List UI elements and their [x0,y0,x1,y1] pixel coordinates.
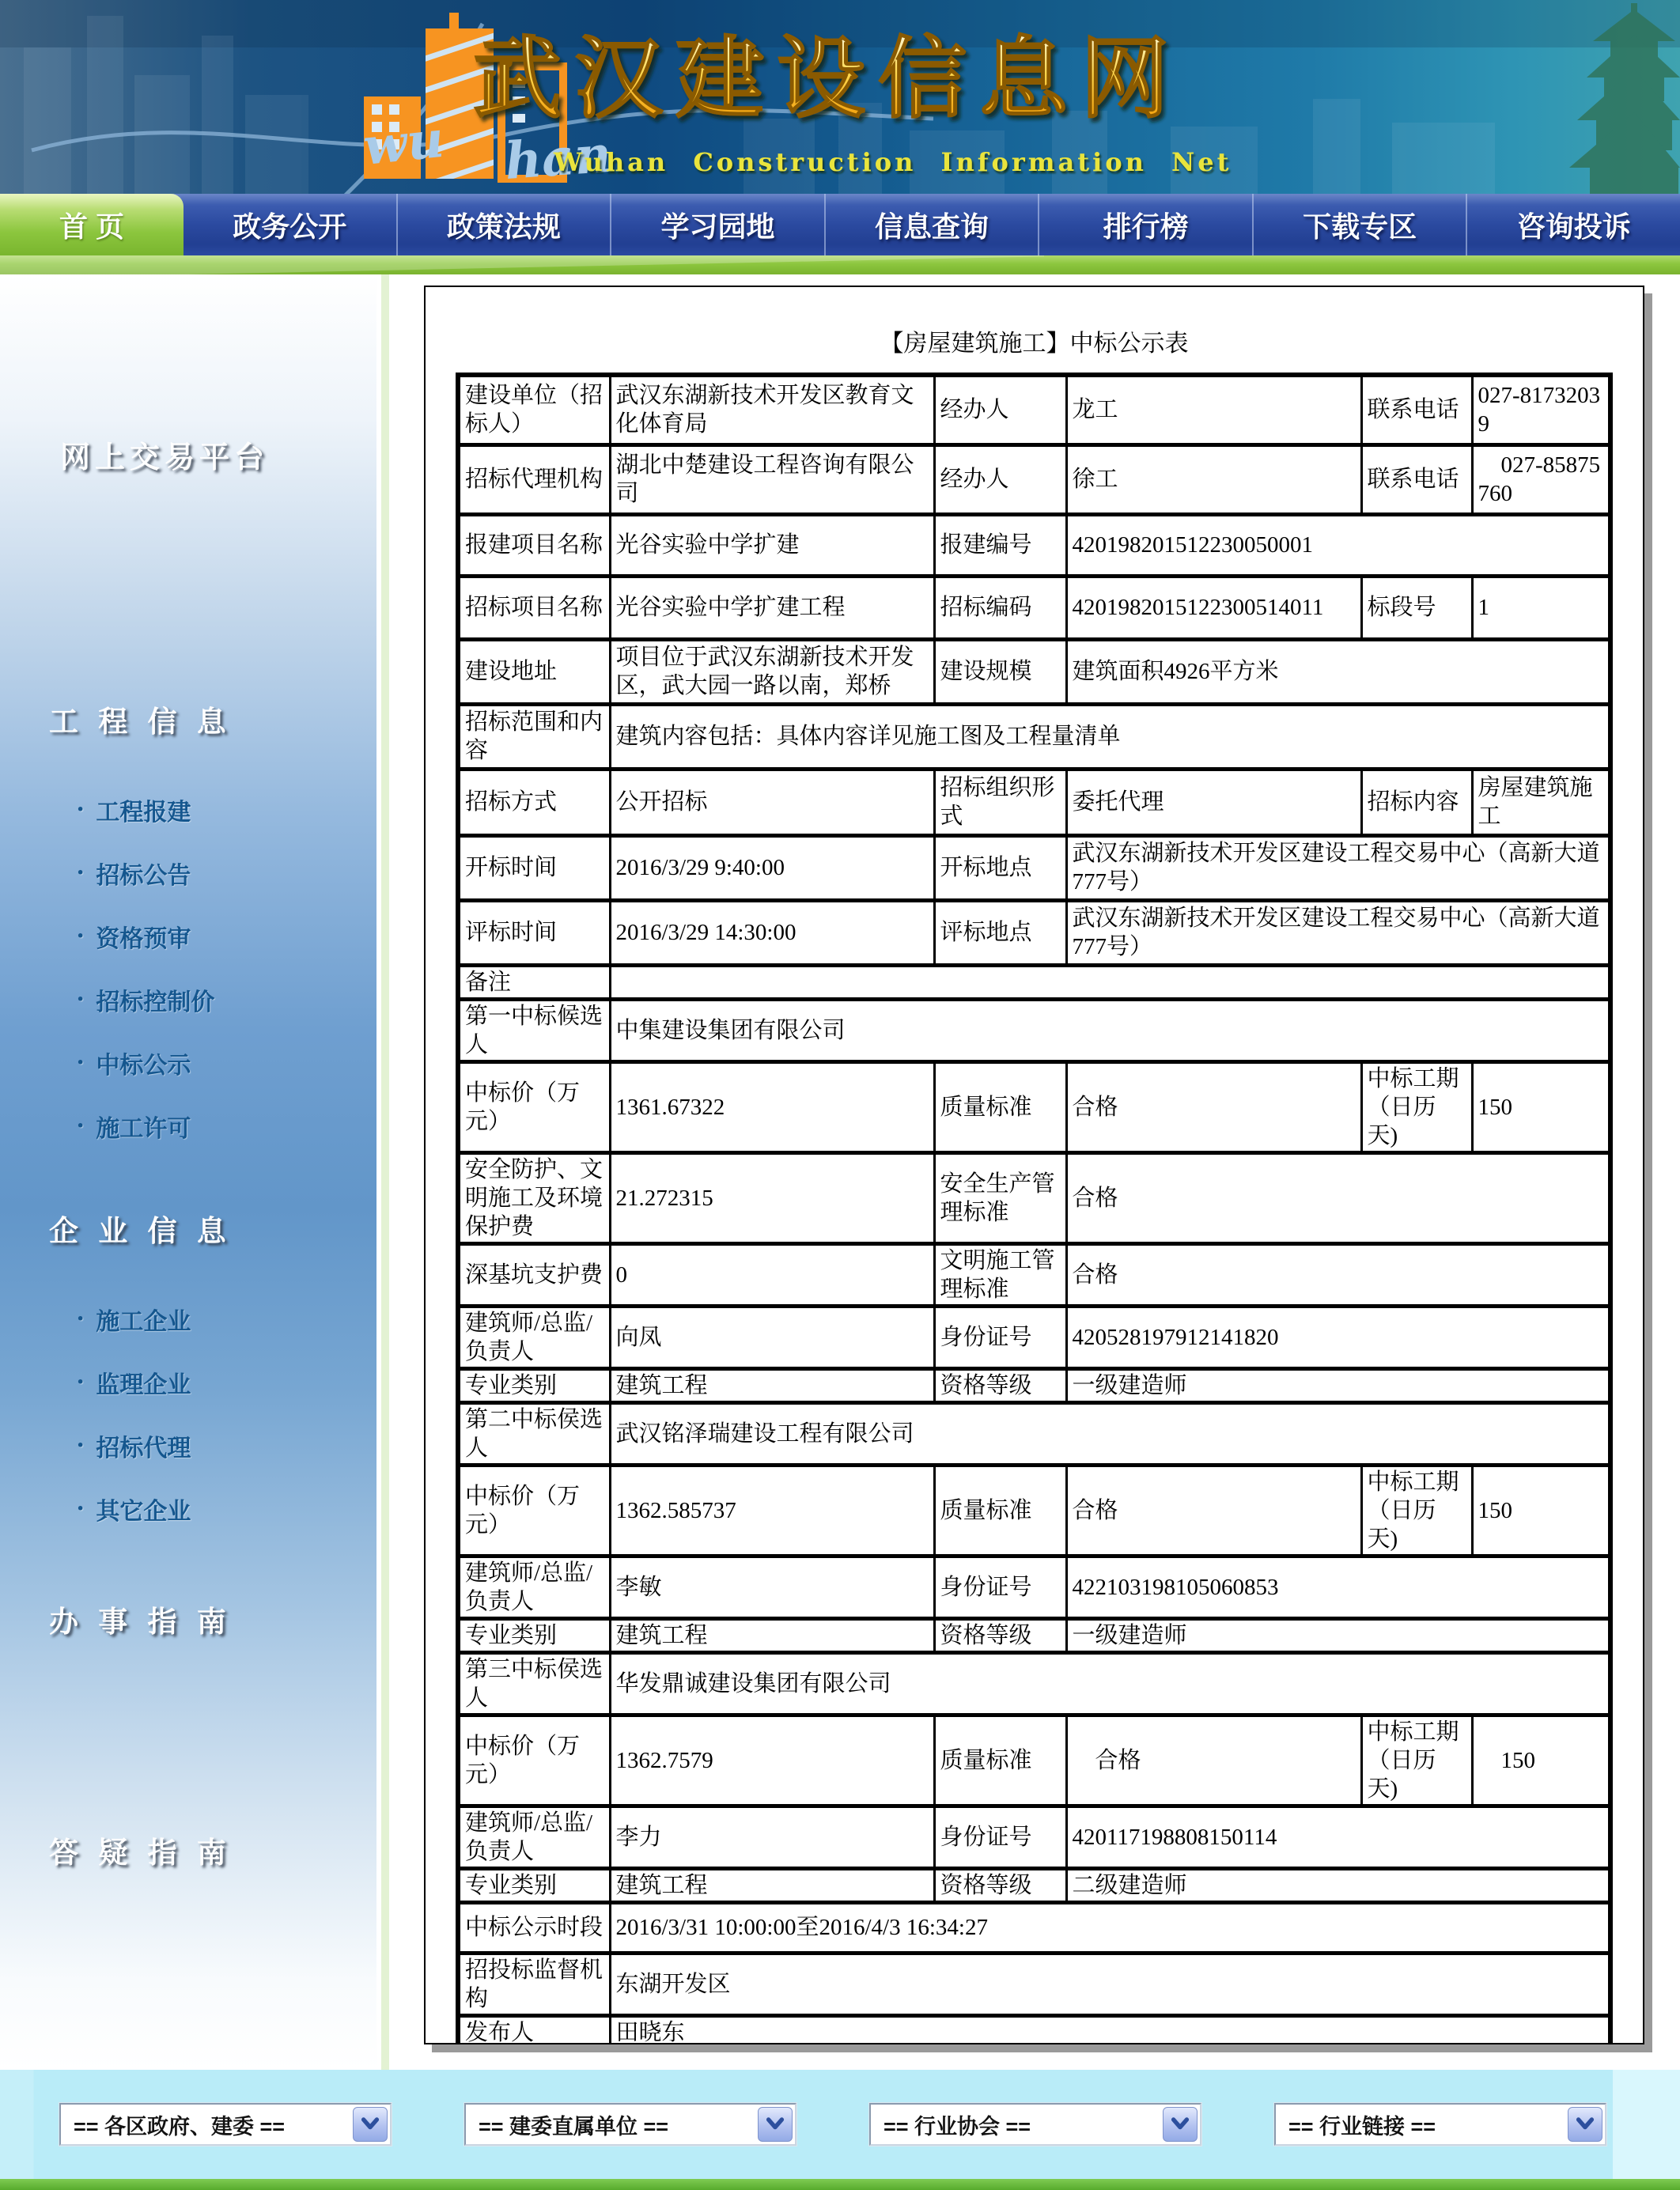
notice-table-body: 建设单位（招标人）武汉东湖新技术开发区教育文化体育局经办人龙工联系电话027-8… [458,375,1610,2044]
table-row-10: 第一中标候选人中集建设集团有限公司 [458,999,1610,1061]
bullet-icon: · [76,921,85,951]
table-cell-r12-c0: 安全防护、文明施工及环境保护费 [458,1152,610,1243]
table-cell-r14-c3: 420528197912141820 [1066,1306,1610,1368]
table-cell-r6-c2: 招标组织形式 [934,769,1066,835]
nav-tab-label: 首 页 [59,205,124,245]
sidebar-section-3: 答 疑 指 南 [0,1829,376,1871]
table-title: 【房屋建筑施工】中标公示表 [426,323,1643,358]
table-cell-r21-c5: 150 [1472,1715,1610,1806]
table-cell-r25-c1: 东湖开发区 [610,1953,1610,2015]
table-cell-r25-c0: 招投标监督机构 [458,1953,610,2015]
table-cell-r6-c4: 招标内容 [1361,769,1472,835]
sidebar-divider [376,274,392,2070]
table-cell-r26-c1: 田晓东 [610,2015,1610,2044]
table-cell-r8-c2: 评标地点 [934,900,1066,965]
table-cell-r7-c3: 武汉东湖新技术开发区建设工程交易中心（高新大道777号） [1066,835,1610,900]
table-cell-r18-c3: 422103198105060853 [1066,1556,1610,1618]
table-cell-r3-c5: 1 [1472,576,1610,639]
table-cell-r24-c1: 2016/3/31 10:00:00至2016/4/3 16:34:27 [610,1902,1610,1953]
sidebar-link-1-3[interactable]: ·其它企业 [0,1477,376,1541]
table-cell-r17-c4: 中标工期（日历天) [1361,1465,1472,1556]
table-row-16: 第二中标侯选人武汉铭泽瑞建设工程有限公司 [458,1402,1610,1465]
sidebar-link-label: 施工企业 [96,1302,191,1337]
table-cell-r11-c3: 合格 [1066,1061,1361,1152]
footer-green-bar [0,2179,1680,2190]
table-cell-r0-c4: 联系电话 [1361,375,1472,444]
sidebar-links: ·工程报建·招标公告·资格预审·招标控制价·中标公示·施工许可 [0,778,376,1158]
table-row-26: 发布人田晓东 [458,2015,1610,2044]
sidebar-link-1-2[interactable]: ·招标代理 [0,1414,376,1477]
dropdown-label: == 各区政府、建委 == [61,2109,285,2140]
nav-tab-5[interactable]: 排行榜 [1038,194,1252,255]
nav-tab-6[interactable]: 下载专区 [1252,194,1466,255]
table-cell-r11-c5: 150 [1472,1061,1610,1152]
table-cell-r6-c5: 房屋建筑施工 [1472,769,1610,835]
table-cell-r11-c4: 中标工期（日历天) [1361,1061,1472,1152]
bullet-icon: · [76,1304,85,1334]
table-cell-r22-c3: 420117198808150114 [1066,1806,1610,1868]
chevron-down-icon[interactable] [758,2107,793,2142]
bullet-icon: · [76,858,85,888]
table-cell-r19-c2: 资格等级 [934,1618,1066,1652]
table-cell-r16-c1: 武汉铭泽瑞建设工程有限公司 [610,1402,1610,1465]
table-cell-r16-c0: 第二中标侯选人 [458,1402,610,1465]
nav-tab-7[interactable]: 咨询投诉 [1466,194,1680,255]
table-cell-r15-c0: 专业类别 [458,1368,610,1402]
sidebar-section-title: 企 业 信 息 [0,1207,376,1250]
table-cell-r26-c0: 发布人 [458,2015,610,2044]
table-cell-r13-c0: 深基坑支护费 [458,1243,610,1306]
table-cell-r1-c1: 湖北中楚建设工程咨询有限公司 [610,444,934,514]
chevron-down-icon[interactable] [1568,2107,1602,2142]
nav-tab-4[interactable]: 信息查询 [824,194,1039,255]
sidebar-link-label: 中标公示 [96,1046,191,1080]
notice-box: 【房屋建筑施工】中标公示表 建设单位（招标人）武汉东湖新技术开发区教育文化体育局… [424,286,1644,2044]
table-cell-r13-c2: 文明施工管理标准 [934,1243,1066,1306]
table-cell-r0-c2: 经办人 [934,375,1066,444]
table-cell-r21-c0: 中标价（万元） [458,1715,610,1806]
nav-tab-label: 学习园地 [660,205,774,245]
bullet-icon: · [76,985,85,1015]
table-cell-r23-c2: 资格等级 [934,1868,1066,1902]
bullet-icon: · [76,1111,85,1141]
table-cell-r10-c1: 中集建设集团有限公司 [610,999,1610,1061]
table-row-1: 招标代理机构湖北中楚建设工程咨询有限公司经办人徐工联系电话 027-858757… [458,444,1610,514]
table-cell-r11-c2: 质量标准 [934,1061,1066,1152]
bullet-icon: · [76,1367,85,1398]
site-subtitle: Wuhan Construction Information Net [553,147,1232,177]
table-cell-r17-c2: 质量标准 [934,1465,1066,1556]
table-cell-r19-c3: 一级建造师 [1066,1618,1610,1652]
table-row-11: 中标价（万元）1361.67322质量标准合格中标工期（日历天)150 [458,1061,1610,1152]
table-row-19: 专业类别建筑工程资格等级一级建造师 [458,1618,1610,1652]
table-cell-r15-c2: 资格等级 [934,1368,1066,1402]
chevron-down-icon[interactable] [353,2107,388,2142]
sidebar-link-label: 工程报建 [96,792,191,827]
table-cell-r21-c1: 1362.7579 [610,1715,934,1806]
sidebar-link-0-5[interactable]: ·施工许可 [0,1095,376,1158]
table-cell-r17-c3: 合格 [1066,1465,1361,1556]
dropdown-label: == 建委直属单位 == [466,2109,668,2140]
sidebar-link-label: 资格预审 [96,919,191,954]
main-content: 【房屋建筑施工】中标公示表 建设单位（招标人）武汉东湖新技术开发区教育文化体育局… [392,274,1680,2070]
footer: == 各区政府、建委 ==== 建委直属单位 ==== 行业协会 ==== 行业… [0,2070,1680,2179]
nav-green-strip [0,255,1680,274]
sidebar-link-label: 招标控制价 [96,982,214,1017]
table-cell-r19-c0: 专业类别 [458,1618,610,1652]
table-cell-r22-c2: 身份证号 [934,1806,1066,1868]
notice-table: 建设单位（招标人）武汉东湖新技术开发区教育文化体育局经办人龙工联系电话027-8… [456,373,1613,2044]
sidebar-link-0-2[interactable]: ·资格预审 [0,905,376,968]
table-row-5: 招标范围和内容建筑内容包括：具体内容详见施工图及工程量清单 [458,704,1610,769]
table-cell-r3-c2: 招标编码 [934,576,1066,639]
table-cell-r13-c3: 合格 [1066,1243,1610,1306]
table-cell-r13-c1: 0 [610,1243,934,1306]
table-cell-r0-c0: 建设单位（招标人） [458,375,610,444]
nav-tab-label: 咨询投诉 [1517,205,1631,245]
sidebar-links: ·施工企业·监理企业·招标代理·其它企业 [0,1288,376,1541]
nav-tab-label: 信息查询 [875,205,989,245]
table-row-17: 中标价（万元）1362.585737质量标准合格中标工期（日历天)150 [458,1465,1610,1556]
table-cell-r11-c1: 1361.67322 [610,1061,934,1152]
footer-dropdown-0[interactable]: == 各区政府、建委 == [59,2103,392,2146]
table-row-4: 建设地址项目位于武汉东湖新技术开发区，武大园一路以南，郑桥建设规模建筑面积492… [458,639,1610,704]
table-cell-r21-c2: 质量标准 [934,1715,1066,1806]
logo-script-wu: wu [361,110,447,177]
table-cell-r0-c1: 武汉东湖新技术开发区教育文化体育局 [610,375,934,444]
table-row-3: 招标项目名称光谷实验中学扩建工程招标编码42019820151223005140… [458,576,1610,639]
table-cell-r7-c2: 开标地点 [934,835,1066,900]
nav-tab-2[interactable]: 政策法规 [396,194,611,255]
table-row-22: 建筑师/总监/负责人李力身份证号420117198808150114 [458,1806,1610,1868]
sidebar-section-title: 办 事 指 南 [0,1598,376,1640]
table-cell-r8-c0: 评标时间 [458,900,610,965]
table-row-6: 招标方式公开招标招标组织形式委托代理招标内容房屋建筑施工 [458,769,1610,835]
bullet-icon: · [76,795,85,825]
table-row-25: 招投标监督机构东湖开发区 [458,1953,1610,2015]
nav-bar: 首 页政务公开政策法规学习园地信息查询排行榜下载专区咨询投诉 [0,194,1680,255]
table-cell-r3-c0: 招标项目名称 [458,576,610,639]
table-row-9: 备注 [458,965,1610,999]
table-cell-r18-c1: 李敏 [610,1556,934,1618]
table-row-14: 建筑师/总监/负责人向凤身份证号420528197912141820 [458,1306,1610,1368]
sidebar-link-label: 其它企业 [96,1492,191,1526]
table-cell-r3-c1: 光谷实验中学扩建工程 [610,576,934,639]
table-cell-r23-c3: 二级建造师 [1066,1868,1610,1902]
sidebar-section-0: 工 程 信 息·工程报建·招标公告·资格预审·招标控制价·中标公示·施工许可 [0,698,376,1158]
bullet-icon: · [76,1431,85,1461]
table-cell-r17-c5: 150 [1472,1465,1610,1556]
table-cell-r5-c0: 招标范围和内容 [458,704,610,769]
table-row-8: 评标时间2016/3/29 14:30:00评标地点武汉东湖新技术开发区建设工程… [458,900,1610,965]
nav-tab-label: 下载专区 [1303,205,1417,245]
sidebar-section-title: 工 程 信 息 [0,698,376,740]
dropdown-label: == 行业链接 == [1276,2109,1436,2140]
chevron-down-icon[interactable] [1163,2107,1198,2142]
table-cell-r23-c0: 专业类别 [458,1868,610,1902]
table-cell-r2-c1: 光谷实验中学扩建 [610,514,934,576]
table-cell-r17-c1: 1362.585737 [610,1465,934,1556]
table-row-12: 安全防护、文明施工及环境保护费21.272315安全生产管理标准合格 [458,1152,1610,1243]
dropdown-label: == 行业协会 == [871,2109,1031,2140]
bullet-icon: · [76,1494,85,1524]
table-cell-r9-c1 [610,965,1610,999]
table-cell-r10-c0: 第一中标候选人 [458,999,610,1061]
table-cell-r6-c1: 公开招标 [610,769,934,835]
table-cell-r2-c3: 420198201512230050001 [1066,514,1610,576]
table-row-20: 第三中标侯选人华发鼎诚建设集团有限公司 [458,1652,1610,1715]
table-cell-r7-c0: 开标时间 [458,835,610,900]
table-cell-r18-c0: 建筑师/总监/负责人 [458,1556,610,1618]
table-cell-r7-c1: 2016/3/29 9:40:00 [610,835,934,900]
table-cell-r8-c1: 2016/3/29 14:30:00 [610,900,934,965]
sidebar-link-label: 施工许可 [96,1109,191,1144]
sidebar-link-label: 监理企业 [96,1365,191,1400]
table-cell-r1-c2: 经办人 [934,444,1066,514]
table-cell-r6-c3: 委托代理 [1066,769,1361,835]
table-cell-r14-c0: 建筑师/总监/负责人 [458,1306,610,1368]
footer-dropdown-3[interactable]: == 行业链接 == [1274,2103,1606,2146]
table-cell-r8-c3: 武汉东湖新技术开发区建设工程交易中心（高新大道777号） [1066,900,1610,965]
nav-tab-3[interactable]: 学习园地 [610,194,824,255]
sidebar-link-1-0[interactable]: ·施工企业 [0,1288,376,1351]
banner-art: wu han 武汉建设信息网 Wuhan Construction Inform… [0,0,1680,194]
table-cell-r3-c3: 4201982015122300514011 [1066,576,1361,639]
site-banner: wu han 武汉建设信息网 Wuhan Construction Inform… [0,0,1680,194]
table-cell-r15-c1: 建筑工程 [610,1368,934,1402]
sidebar-sections: 工 程 信 息·工程报建·招标公告·资格预审·招标控制价·中标公示·施工许可企 … [0,698,376,1871]
nav-tab-label: 排行榜 [1103,205,1189,245]
table-row-21: 中标价（万元）1362.7579质量标准 合格中标工期（日历天) 150 [458,1715,1610,1806]
sidebar-platform-title: 网上交易平台 [0,433,376,476]
table-cell-r5-c1: 建筑内容包括：具体内容详见施工图及工程量清单 [610,704,1610,769]
sidebar-link-0-0[interactable]: ·工程报建 [0,778,376,842]
table-cell-r12-c2: 安全生产管理标准 [934,1152,1066,1243]
table-row-13: 深基坑支护费0文明施工管理标准合格 [458,1243,1610,1306]
table-cell-r12-c3: 合格 [1066,1152,1610,1243]
sidebar: 网上交易平台 工 程 信 息·工程报建·招标公告·资格预审·招标控制价·中标公示… [0,274,376,2070]
table-cell-r23-c1: 建筑工程 [610,1868,934,1902]
table-cell-r4-c0: 建设地址 [458,639,610,704]
table-row-0: 建设单位（招标人）武汉东湖新技术开发区教育文化体育局经办人龙工联系电话027-8… [458,375,1610,444]
nav-tab-label: 政策法规 [447,205,561,245]
table-cell-r1-c4: 联系电话 [1361,444,1472,514]
body: 网上交易平台 工 程 信 息·工程报建·招标公告·资格预审·招标控制价·中标公示… [0,274,1680,2070]
table-row-24: 中标公示时段2016/3/31 10:00:00至2016/4/3 16:34:… [458,1902,1610,1953]
table-cell-r22-c1: 李力 [610,1806,934,1868]
site-title: 武汉建设信息网 [473,29,1182,128]
table-cell-r1-c5: 027-85875760 [1472,444,1610,514]
table-cell-r24-c0: 中标公示时段 [458,1902,610,1953]
sidebar-link-label: 招标公告 [96,856,191,891]
table-cell-r11-c0: 中标价（万元） [458,1061,610,1152]
sidebar-link-0-1[interactable]: ·招标公告 [0,842,376,905]
table-cell-r0-c3: 龙工 [1066,375,1361,444]
table-cell-r3-c4: 标段号 [1361,576,1472,639]
table-cell-r1-c0: 招标代理机构 [458,444,610,514]
bullet-icon: · [76,1048,85,1078]
table-cell-r22-c0: 建筑师/总监/负责人 [458,1806,610,1868]
sidebar-section-2: 办 事 指 南 [0,1598,376,1640]
table-row-7: 开标时间2016/3/29 9:40:00开标地点武汉东湖新技术开发区建设工程交… [458,835,1610,900]
table-cell-r4-c3: 建筑面积4926平方米 [1066,639,1610,704]
sidebar-section-1: 企 业 信 息·施工企业·监理企业·招标代理·其它企业 [0,1207,376,1541]
table-cell-r15-c3: 一级建造师 [1066,1368,1610,1402]
nav-tab-0[interactable]: 首 页 [0,194,184,255]
footer-dropdown-2[interactable]: == 行业协会 == [869,2103,1201,2146]
table-cell-r1-c3: 徐工 [1066,444,1361,514]
table-row-2: 报建项目名称光谷实验中学扩建报建编号420198201512230050001 [458,514,1610,576]
table-cell-r17-c0: 中标价（万元） [458,1465,610,1556]
footer-dropdown-1[interactable]: == 建委直属单位 == [464,2103,796,2146]
table-cell-r2-c0: 报建项目名称 [458,514,610,576]
table-cell-r14-c1: 向凤 [610,1306,934,1368]
table-cell-r0-c5: 027-81732039 [1472,375,1610,444]
table-cell-r12-c1: 21.272315 [610,1152,934,1243]
table-cell-r21-c4: 中标工期（日历天) [1361,1715,1472,1806]
nav-tab-1[interactable]: 政务公开 [184,194,396,255]
table-cell-r19-c1: 建筑工程 [610,1618,934,1652]
sidebar-link-label: 招标代理 [96,1428,191,1463]
table-cell-r20-c1: 华发鼎诚建设集团有限公司 [610,1652,1610,1715]
sidebar-link-0-4[interactable]: ·中标公示 [0,1031,376,1095]
sidebar-link-1-1[interactable]: ·监理企业 [0,1351,376,1414]
table-cell-r18-c2: 身份证号 [934,1556,1066,1618]
nav-tab-label: 政务公开 [233,205,346,245]
table-cell-r6-c0: 招标方式 [458,769,610,835]
table-cell-r4-c1: 项目位于武汉东湖新技术开发区，武大园一路以南，郑桥 [610,639,934,704]
page: wu han 武汉建设信息网 Wuhan Construction Inform… [0,0,1680,2190]
table-cell-r14-c2: 身份证号 [934,1306,1066,1368]
table-cell-r21-c3: 合格 [1066,1715,1361,1806]
sidebar-section-title: 答 疑 指 南 [0,1829,376,1871]
sidebar-link-0-3[interactable]: ·招标控制价 [0,968,376,1031]
table-cell-r9-c0: 备注 [458,965,610,999]
table-cell-r4-c2: 建设规模 [934,639,1066,704]
table-row-15: 专业类别建筑工程资格等级一级建造师 [458,1368,1610,1402]
table-cell-r2-c2: 报建编号 [934,514,1066,576]
table-row-23: 专业类别建筑工程资格等级二级建造师 [458,1868,1610,1902]
table-row-18: 建筑师/总监/负责人李敏身份证号422103198105060853 [458,1556,1610,1618]
table-cell-r20-c0: 第三中标侯选人 [458,1652,610,1715]
